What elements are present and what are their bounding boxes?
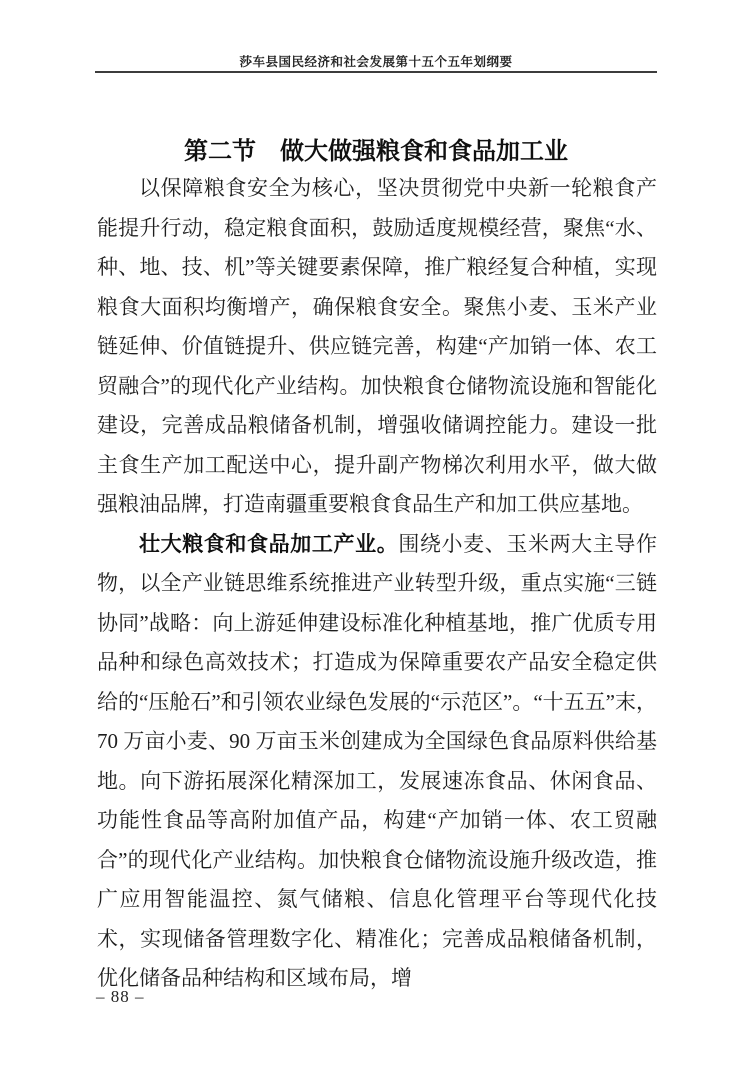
header-rule-divider [95,71,657,73]
paragraph-lead: 壮大粮食和食品加工产业。 [139,533,398,556]
section-title: 第二节 做大做强粮食和食品加工业 [95,131,657,166]
paragraph: 壮大粮食和食品加工产业。围绕小麦、玉米两大主导作物，以全产业链思维系统推进产业转… [97,525,657,999]
document-page: 莎车县国民经济和社会发展第十五个五年划纲要 第二节 做大做强粮食和食品加工业 以… [0,0,753,1066]
paragraph: 以保障粮食安全为核心，坚决贯彻党中央新一轮粮食产能提升行动，稳定粮食面积，鼓励适… [97,169,657,525]
document-body: 以保障粮食安全为核心，坚决贯彻党中央新一轮粮食产能提升行动，稳定粮食面积，鼓励适… [97,169,657,999]
page-number: – 88 – [96,987,145,1007]
running-header-title: 莎车县国民经济和社会发展第十五个五年划纲要 [95,52,657,70]
paragraph-body: 围绕小麦、玉米两大主导作物，以全产业链思维系统推进产业转型升级，重点实施“三链协… [97,532,657,991]
